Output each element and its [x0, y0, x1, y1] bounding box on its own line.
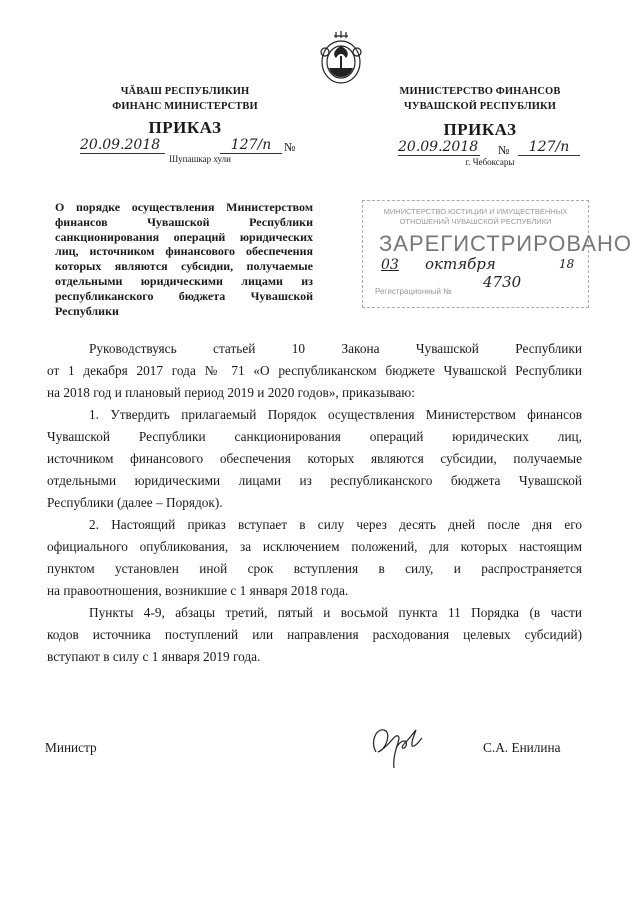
stamp-reg-number: 4730 [483, 273, 521, 291]
text-line: вступают в силу с 1 января 2019 года. [47, 646, 582, 668]
title-line: лиц, источником финансового обеспечения [55, 244, 313, 259]
title-line: республиканского бюджета Чувашской [55, 289, 313, 304]
text-line: Чувашской Республики санкционирования оп… [47, 426, 582, 448]
org-line-2: ФИНАНС МИНИСТЕРСТВИ [95, 99, 275, 114]
text-line: официального опубликования, за исключени… [47, 536, 582, 558]
title-line: финансов Чувашской Республики [55, 215, 313, 230]
title-line: санкционирования операций юридических [55, 230, 313, 245]
item-1-paragraph: 1. Утвердить прилагаемый Порядок осущест… [47, 404, 582, 514]
org-line-1: ЧĂВАШ РЕСПУБЛИКИН [95, 84, 275, 99]
stamp-line-1: МИНИСТЕРСТВО ЮСТИЦИИ И ИМУЩЕСТВЕННЫХ [363, 207, 588, 217]
order-number-right: 127/п [518, 139, 580, 156]
stamp-year: 18 [559, 257, 574, 271]
registration-stamp: МИНИСТЕРСТВО ЮСТИЦИИ И ИМУЩЕСТВЕННЫХ ОТН… [362, 200, 589, 308]
text-line: на 2018 год и плановый период 2019 и 202… [47, 382, 582, 404]
stamp-line-2: ОТНОШЕНИЙ ЧУВАШСКОЙ РЕСПУБЛИКИ [363, 217, 588, 227]
doc-type-left: ПРИКАЗ [125, 118, 245, 138]
order-body: Руководствуясь статьей 10 Закона Чувашск… [47, 338, 582, 668]
number-sign-right: № [498, 143, 509, 158]
text-line: Пункты 4-9, абзацы третий, пятый и восьм… [47, 602, 582, 624]
text-line: от 1 декабря 2017 года № 71 «О республик… [47, 360, 582, 382]
signatory-position: Министр [45, 737, 97, 759]
city-left: Шупашкар хули [155, 154, 245, 164]
title-line: отдельными юридическими лицами из [55, 274, 313, 289]
title-line: Республики [55, 304, 313, 319]
stamp-month: октября [425, 255, 496, 273]
order-title: О порядке осуществления Министерством фи… [55, 200, 313, 318]
preamble-paragraph: Руководствуясь статьей 10 Закона Чувашск… [47, 338, 582, 404]
text-line: пунктом установлен иной срок вступления … [47, 558, 582, 580]
text-line: на правоотношения, возникшие с 1 января … [47, 580, 582, 602]
org-line-1: МИНИСТЕРСТВО ФИНАНСОВ [385, 84, 575, 99]
city-right: г. Чебоксары [450, 157, 530, 167]
title-line: которых являются субсидии, получаемые [55, 259, 313, 274]
coat-of-arms-emblem [318, 30, 364, 88]
item-2-paragraph: 2. Настоящий приказ вступает в силу чере… [47, 514, 582, 602]
stamp-registered: ЗАРЕГИСТРИРОВАНО [379, 231, 588, 257]
org-name-russian: МИНИСТЕРСТВО ФИНАНСОВ ЧУВАШСКОЙ РЕСПУБЛИ… [385, 84, 575, 114]
handwritten-signature [368, 722, 438, 772]
text-line: 2. Настоящий приказ вступает в силу чере… [47, 514, 582, 536]
text-line: Республики (далее – Порядок). [47, 492, 582, 514]
number-sign-left: № [284, 140, 295, 155]
text-line: кодов источника поступлений или направле… [47, 624, 582, 646]
order-date-right: 20.09.2018 [398, 139, 480, 156]
org-line-2: ЧУВАШСКОЙ РЕСПУБЛИКИ [385, 99, 575, 114]
item-2-continuation-paragraph: Пункты 4-9, абзацы третий, пятый и восьм… [47, 602, 582, 668]
order-number-left: 127/п [220, 137, 282, 154]
signatory-name: С.А. Енилина [483, 737, 561, 759]
text-line: Руководствуясь статьей 10 Закона Чувашск… [47, 338, 582, 360]
text-line: источником финансового обеспечения котор… [47, 448, 582, 470]
org-name-chuvash: ЧĂВАШ РЕСПУБЛИКИН ФИНАНС МИНИСТЕРСТВИ [95, 84, 275, 114]
doc-type-right: ПРИКАЗ [420, 120, 540, 140]
order-date-left: 20.09.2018 [80, 137, 165, 154]
stamp-day: 03 [381, 257, 399, 273]
text-line: 1. Утвердить прилагаемый Порядок осущест… [47, 404, 582, 426]
stamp-reg-label: Регистрационный № [375, 287, 452, 296]
text-line: отдельными юридическими лицами из респуб… [47, 470, 582, 492]
title-line: О порядке осуществления Министерством [55, 200, 313, 215]
